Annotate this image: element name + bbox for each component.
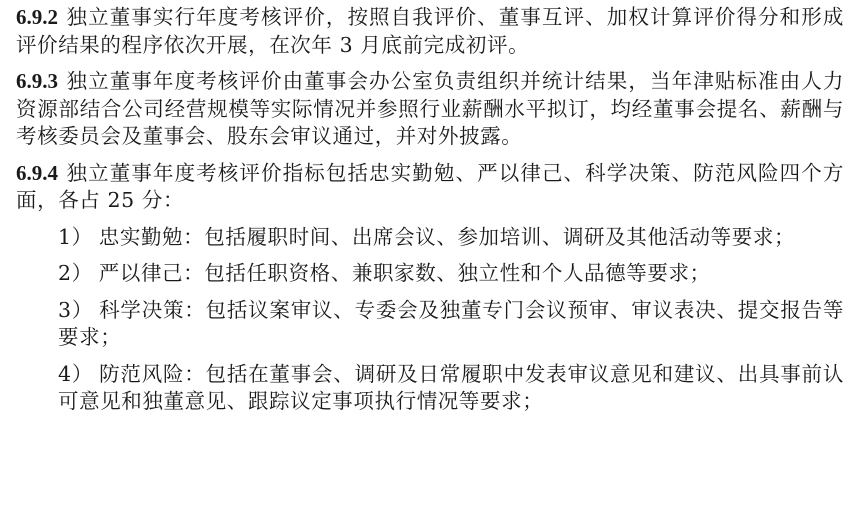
list-item-index: 3） — [58, 298, 93, 322]
list-item-index: 4） — [58, 362, 93, 386]
section-number: 6.9.2 — [16, 5, 58, 29]
section-text: 独立董事年度考核评价由董事会办公室负责组织并统计结果，当年津贴标准由人力资源部结… — [16, 69, 844, 148]
section-text: 独立董事实行年度考核评价，按照自我评价、董事互评、加权计算评价得分和形成评价结果… — [16, 5, 844, 57]
section-6-9-2: 6.9.2独立董事实行年度考核评价，按照自我评价、董事互评、加权计算评价得分和形… — [16, 4, 844, 59]
list-item-text: 科学决策：包括议案审议、专委会及独董专门会议预审、审议表决、提交报告等要求； — [58, 298, 844, 350]
list-item-risk-prevention: 4）防范风险：包括在董事会、调研及日常履职中发表审议意见和建议、出具事前认可意见… — [58, 361, 844, 416]
section-6-9-4: 6.9.4独立董事年度考核评价指标包括忠实勤勉、严以律己、科学决策、防范风险四个… — [16, 160, 844, 215]
section-6-9-3: 6.9.3独立董事年度考核评价由董事会办公室负责组织并统计结果，当年津贴标准由人… — [16, 68, 844, 151]
list-item-text: 严以律己：包括任职资格、兼职家数、独立性和个人品德等要求； — [99, 261, 711, 285]
list-item-scientific-decision: 3）科学决策：包括议案审议、专委会及独董专门会议预审、审议表决、提交报告等要求； — [58, 297, 844, 352]
section-text: 独立董事年度考核评价指标包括忠实勤勉、严以律己、科学决策、防范风险四个方面，各占… — [16, 161, 844, 213]
list-item-index: 1） — [58, 225, 93, 249]
list-item-text: 防范风险：包括在董事会、调研及日常履职中发表审议意见和建议、出具事前认可意见和独… — [58, 362, 844, 414]
list-item-index: 2） — [58, 261, 93, 285]
list-item-loyalty-diligence: 1）忠实勤勉：包括履职时间、出席会议、参加培训、调研及其他活动等要求； — [58, 224, 844, 252]
document-body: 6.9.2独立董事实行年度考核评价，按照自我评价、董事互评、加权计算评价得分和形… — [16, 4, 844, 425]
list-item-text: 忠实勤勉：包括履职时间、出席会议、参加培训、调研及其他活动等要求； — [99, 225, 795, 249]
list-item-self-discipline: 2）严以律己：包括任职资格、兼职家数、独立性和个人品德等要求； — [58, 260, 844, 288]
section-number: 6.9.3 — [16, 69, 58, 93]
section-number: 6.9.4 — [16, 161, 58, 185]
